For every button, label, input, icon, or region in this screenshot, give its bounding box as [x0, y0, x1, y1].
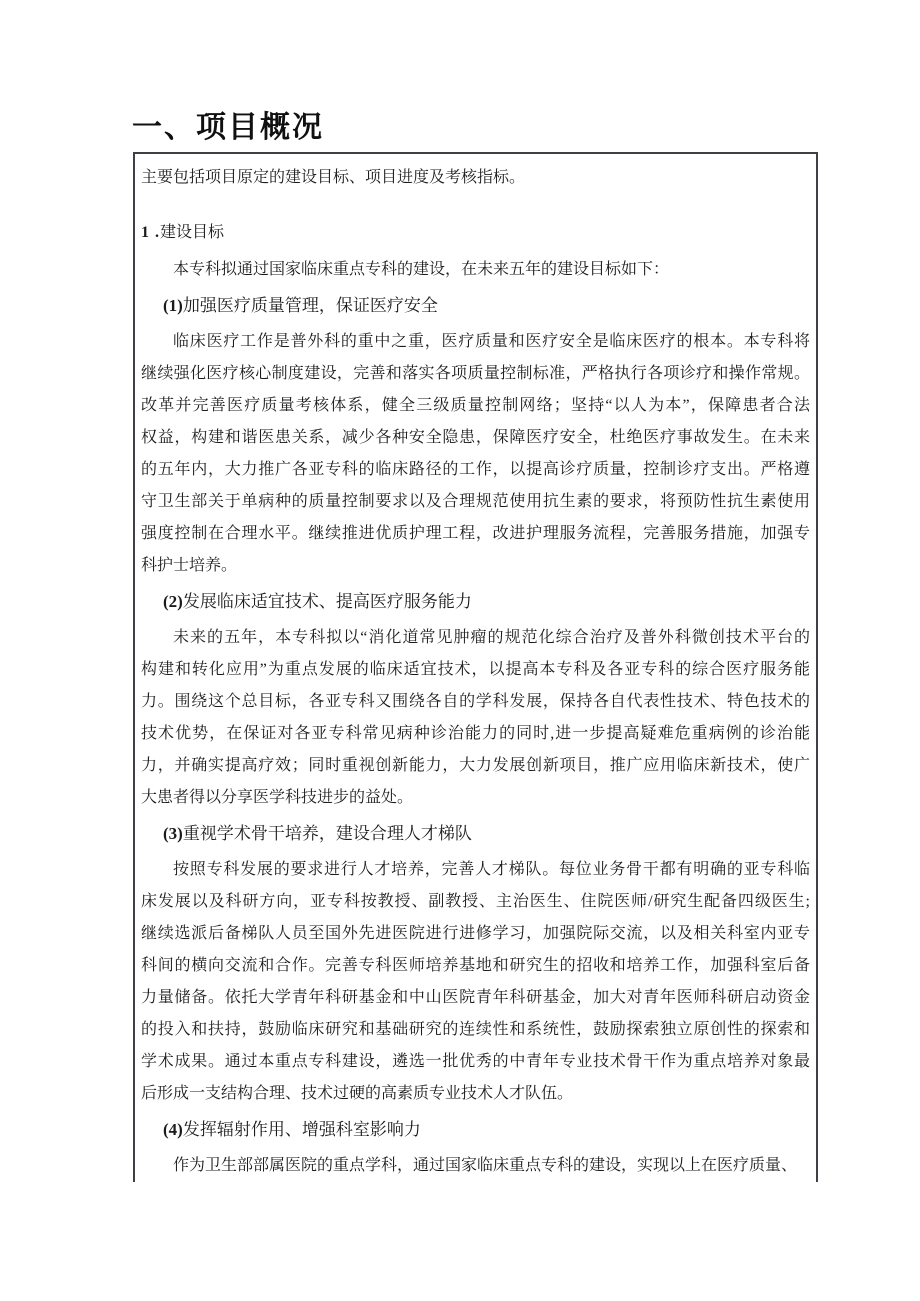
text-line: 权益，构建和谐医患关系，减少各种安全隐患，保障医疗安全，杜绝医疗事故发生。在未来 — [141, 422, 810, 454]
page-title: 一、项目概况 — [132, 111, 324, 145]
section-number: 1 . — [141, 224, 160, 241]
text-line: 作为卫生部部属医院的重点学科，通过国家临床重点专科的建设，实现以上在医疗质量、 — [141, 1150, 810, 1182]
text-line: 的投入和扶持，鼓励临床研究和基础研究的连续性和系统性，鼓励探索独立原创性的探索和 — [141, 1014, 810, 1046]
subsection-number: (1) — [163, 296, 183, 315]
text-line: 继续强化医疗核心制度建设，完善和落实各项质量控制标准，严格执行各项诊疗和操作常规… — [141, 358, 810, 390]
text-line: 本专科拟通过国家临床重点专科的建设，在未来五年的建设目标如下： — [141, 254, 810, 286]
subsection-heading: (1)加强医疗质量管理，保证医疗安全 — [141, 290, 810, 322]
text-line: 力量储备。依托大学青年科研基金和中山医院青年科研基金，加大对青年医师科研启动资金 — [141, 982, 810, 1014]
subsection-number: (4) — [163, 1120, 183, 1139]
paragraph: 作为卫生部部属医院的重点学科，通过国家临床重点专科的建设，实现以上在医疗质量、 — [141, 1150, 810, 1182]
subsection-number: (3) — [163, 824, 183, 843]
text-line: 技术优势，在保证对各亚专科常见病种诊治能力的同时,进一步提高疑难危重病例的诊治能 — [141, 718, 810, 750]
text-line: 床发展以及科研方向，亚专科按教授、副教授、主治医生、住院医师/研究生配备四级医生… — [141, 886, 810, 918]
paragraph: 临床医疗工作是普外科的重中之重，医疗质量和医疗安全是临床医疗的根本。本专科将继续… — [141, 326, 810, 582]
text-line: 力，并确实提高疗效；同时重视创新能力，大力发展创新项目，推广应用临床新技术，使广 — [141, 750, 810, 782]
text-line: 按照专科发展的要求进行人才培养，完善人才梯队。每位业务骨干都有明确的亚专科临 — [141, 854, 810, 886]
section-heading: 1 .建设目标 — [141, 217, 810, 249]
text-line: 临床医疗工作是普外科的重中之重，医疗质量和医疗安全是临床医疗的根本。本专科将 — [141, 326, 810, 358]
text-line: 改革并完善医疗质量考核体系，健全三级质量控制网络；坚持“以人为本”，保障患者合法 — [141, 390, 810, 422]
text-line: 未来的五年，本专科拟以“消化道常见肿瘤的规范化综合治疗及普外科微创技术平台的 — [141, 622, 810, 654]
text-line: 的五年内，大力推广各亚专科的临床路径的工作，以提高诊疗质量，控制诊疗支出。严格遵 — [141, 454, 810, 486]
text-line: 构建和转化应用”为重点发展的临床适宜技术，以提高本专科及各亚专科的综合医疗服务能 — [141, 654, 810, 686]
text-line: 科护士培养。 — [141, 550, 810, 582]
subsection-heading: (2)发展临床适宜技术、提高医疗服务能力 — [141, 586, 810, 618]
paragraph: 本专科拟通过国家临床重点专科的建设，在未来五年的建设目标如下： — [141, 254, 810, 286]
text-line: 守卫生部关于单病种的质量控制要求以及合理规范使用抗生素的要求，将预防性抗生素使用 — [141, 486, 810, 518]
text-line: 强度控制在合理水平。继续推进优质护理工程，改进护理服务流程，完善服务措施，加强专 — [141, 518, 810, 550]
paragraph: 未来的五年，本专科拟以“消化道常见肿瘤的规范化综合治疗及普外科微创技术平台的构建… — [141, 622, 810, 814]
text-line: 学术成果。通过本重点专科建设，遴选一批优秀的中青年专业技术骨干作为重点培养对象最 — [141, 1046, 810, 1078]
subsection-heading: (3)重视学术骨干培养，建设合理人才梯队 — [141, 818, 810, 850]
paragraph: 按照专科发展的要求进行人才培养，完善人才梯队。每位业务骨干都有明确的亚专科临床发… — [141, 854, 810, 1110]
text-line: 科间的横向交流和合作。完善专科医师培养基地和研究生的招收和培养工作，加强科室后备 — [141, 950, 810, 982]
text-line: 力。围绕这个总目标，各亚专科又围绕各自的学科发展，保持各自代表性技术、特色技术的 — [141, 686, 810, 718]
content-box: 主要包括项目原定的建设目标、项目进度及考核指标。1 .建设目标本专科拟通过国家临… — [133, 152, 818, 1182]
text-line: 大患者得以分享医学科技进步的益处。 — [141, 782, 810, 814]
text-line: 继续选派后备梯队人员至国外先进医院进行进修学习，加强院际交流，以及相关科室内亚专 — [141, 918, 810, 950]
document-page: 一、项目概况 主要包括项目原定的建设目标、项目进度及考核指标。1 .建设目标本专… — [0, 0, 920, 1301]
subsection-heading: (4)发挥辐射作用、增强科室影响力 — [141, 1114, 810, 1146]
blank-spacer — [141, 194, 810, 212]
subsection-number: (2) — [163, 592, 183, 611]
text-line: 后形成一支结构合理、技术过硬的高素质专业技术人才队伍。 — [141, 1078, 810, 1110]
intro-line: 主要包括项目原定的建设目标、项目进度及考核指标。 — [141, 162, 810, 194]
